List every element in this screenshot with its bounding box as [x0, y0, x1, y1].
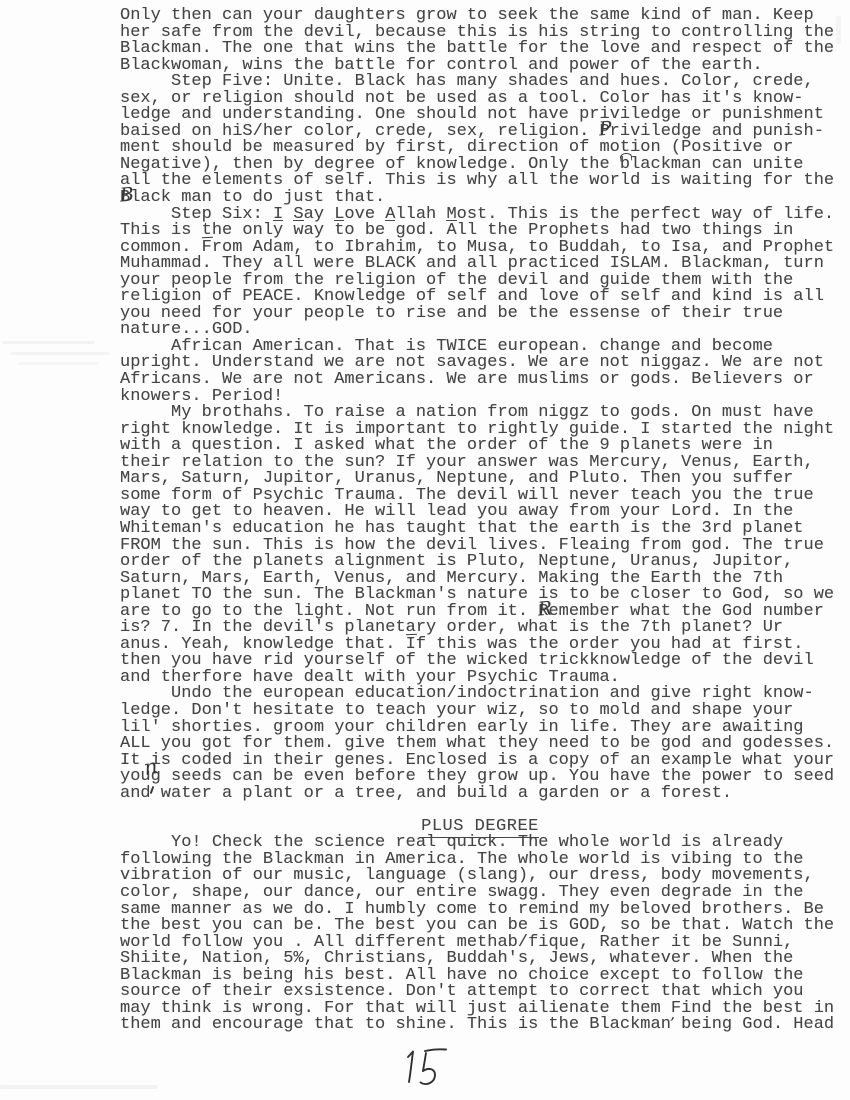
- handwritten-mark-insertion-caret-after-and: [149, 786, 154, 794]
- document-page: Only then can your daughters grow to see…: [0, 0, 850, 1100]
- handwritten-mark-handwritten-R-over-Remember: R: [537, 599, 553, 619]
- handwritten-mark-handwritten-P-over-Priviledge: P: [599, 119, 613, 139]
- handwritten-mark-handwritten-B-over-Black: B: [119, 185, 135, 205]
- scan-streak: [2, 341, 95, 344]
- handwritten-page-number: 15: [398, 1042, 452, 1090]
- scan-streak: [0, 1085, 158, 1089]
- handwritten-mark-overbar-F-From: [202, 237, 213, 239]
- text-line: and water a plant or a tree, and build a…: [120, 786, 840, 803]
- typewritten-text: Only then can your daughters grow to see…: [120, 8, 840, 1034]
- text-line: them and encourage that to shine. This i…: [120, 1017, 840, 1034]
- handwritten-mark-overbar-I-If: [406, 634, 417, 636]
- scan-streak: [836, 16, 841, 44]
- page-number-ink: [398, 1042, 452, 1090]
- scan-streak: [18, 362, 98, 365]
- scan-streak: [10, 352, 110, 355]
